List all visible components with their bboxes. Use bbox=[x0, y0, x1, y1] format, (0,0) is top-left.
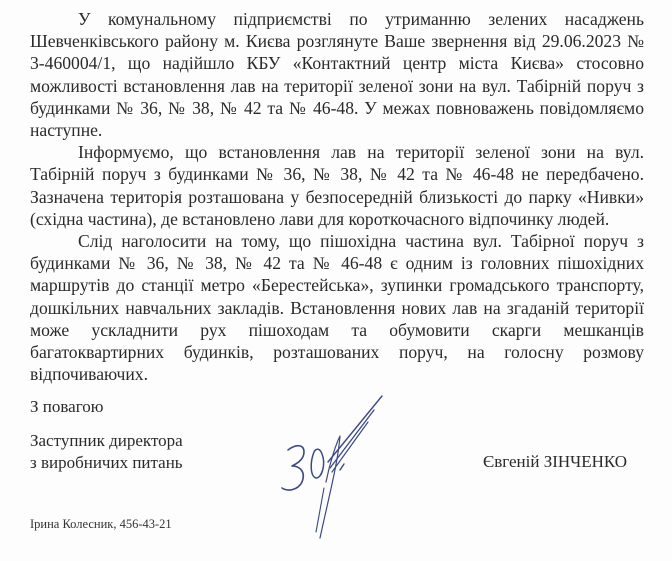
closing-salutation: З повагою bbox=[30, 396, 103, 418]
position-line-1: Заступник директора bbox=[30, 430, 183, 452]
paragraph-decision: Інформуємо, що встановлення лав на терит… bbox=[30, 141, 644, 230]
signature-icon bbox=[270, 392, 400, 542]
position-line-2: з виробничих питань bbox=[30, 452, 183, 474]
letter-page: У комунальному підприємстві по утриманню… bbox=[0, 0, 672, 561]
executor-contact: Ірина Колесник, 456-43-21 bbox=[30, 516, 172, 532]
paragraph-response-intro: У комунальному підприємстві по утриманню… bbox=[30, 8, 644, 141]
signer-name: Євгеній ЗІНЧЕНКО bbox=[483, 451, 627, 473]
paragraph-justification: Слід наголосити на тому, що пішохідна ча… bbox=[30, 230, 644, 385]
signer-position: Заступник директора з виробничих питань bbox=[30, 430, 183, 474]
letter-body: У комунальному підприємстві по утриманню… bbox=[30, 8, 644, 385]
